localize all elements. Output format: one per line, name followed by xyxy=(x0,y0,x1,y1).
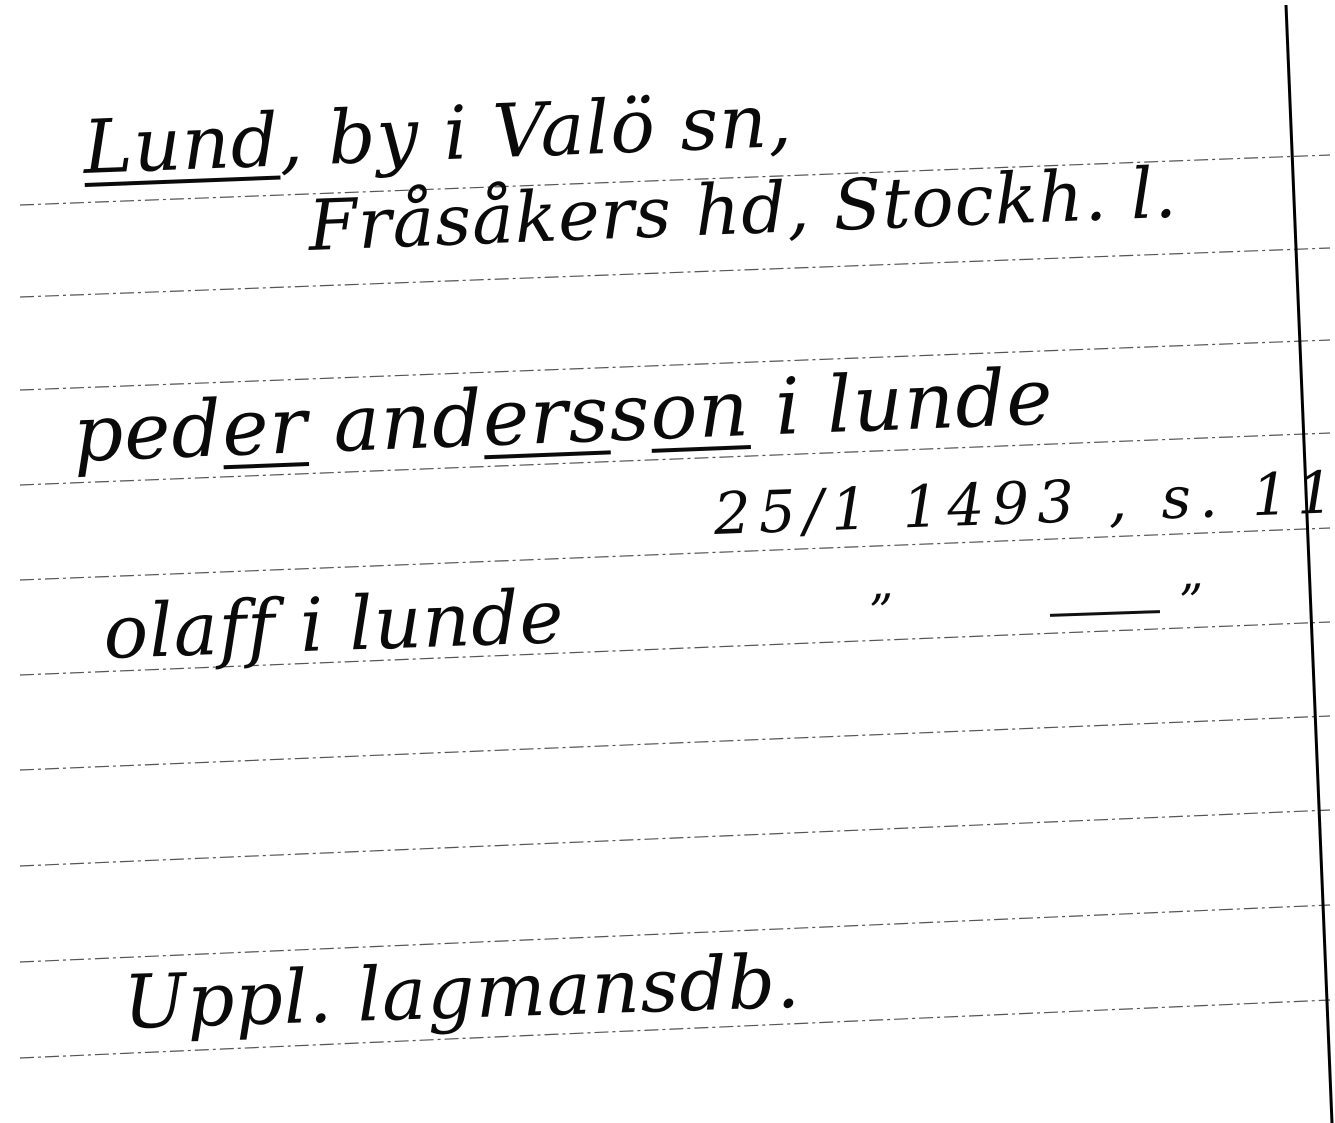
name-part-underlined: ers xyxy=(481,369,611,464)
name-part: and xyxy=(306,374,485,471)
ditto-mark: ” xyxy=(1178,574,1205,631)
index-card: Lund, by i Valö sn, Fråsåkers hd, Stockh… xyxy=(0,0,1335,1123)
name-part: ped xyxy=(72,384,224,480)
name-part-underlined: er xyxy=(220,381,309,474)
name-part: s xyxy=(608,368,652,460)
person-entry-2: olaff i lunde xyxy=(102,574,566,676)
margin-rule xyxy=(1286,5,1332,1123)
name-suffix: i lunde xyxy=(748,352,1055,454)
ditto-mark: ” xyxy=(868,584,895,641)
place-name: Lund xyxy=(82,98,281,191)
name-part-underlined: on xyxy=(649,364,752,458)
